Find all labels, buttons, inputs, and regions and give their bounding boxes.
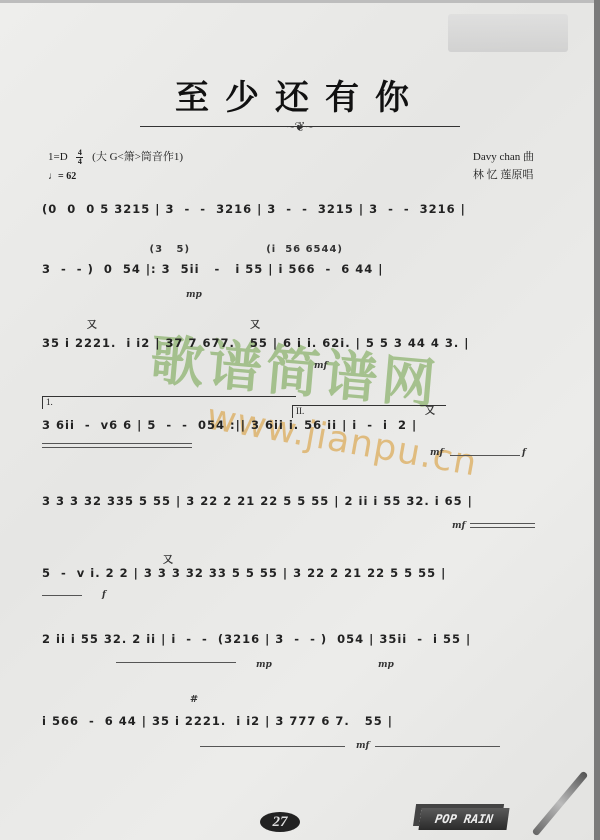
dynamic-mark: mf bbox=[430, 448, 443, 458]
title-ornament-icon: ~❦~ bbox=[270, 119, 330, 135]
score-row-1: (0 0 0 5 3215 | 3 - - 3216 | 3 - - 3215 … bbox=[42, 202, 534, 216]
hairpin bbox=[42, 443, 192, 444]
crescendo-hairpin bbox=[470, 523, 535, 524]
score-row-2-upper: (3 5) (i 56 6544) bbox=[42, 244, 343, 255]
dynamic-mark: f bbox=[102, 590, 106, 600]
score-row-3: 35 i 2221. i i2 | 37 7 677. 55 | 6 i i. … bbox=[42, 336, 534, 350]
score-row-7: 2 ii i 55 32. 2 ii | i - - (3216 | 3 - -… bbox=[42, 632, 534, 646]
scan-edge-right bbox=[594, 0, 600, 840]
score-row-3-upper: 又 又 bbox=[42, 316, 261, 331]
score-row-4: 3 6ii - v6 6 | 5 - - 054 :|| 3 6ii i. 56… bbox=[42, 418, 534, 432]
instrument-note: (大 G<箫>筒音作1) bbox=[92, 151, 183, 163]
tempo-marking: ♩= 62 bbox=[48, 171, 76, 182]
sheet-music-page: 至少还有你 ~❦~ 1=D 4 4 (大 G<箫>筒音作1) ♩= 62 Dav… bbox=[0, 0, 600, 840]
corner-logo bbox=[448, 14, 568, 52]
decrescendo-hairpin bbox=[42, 595, 82, 596]
hairpin bbox=[42, 447, 192, 448]
score-row-5: 3 3 3 32 335 5 55 | 3 22 2 21 22 5 5 55 … bbox=[42, 494, 534, 508]
score-row-8: i 566 - 6 44 | 35 i 2221. i i2 | 3 777 6… bbox=[42, 714, 534, 728]
dynamic-mark: mf bbox=[452, 521, 465, 531]
page-number: 27 bbox=[260, 812, 300, 832]
crescendo-hairpin bbox=[200, 746, 345, 747]
dynamic-mark: mp bbox=[256, 660, 272, 670]
decrescendo-hairpin bbox=[116, 662, 236, 663]
dynamic-mark: mp bbox=[186, 290, 202, 300]
volta-1: 1. bbox=[42, 396, 296, 409]
song-title: 至少还有你 bbox=[0, 70, 600, 119]
crescendo-hairpin bbox=[470, 527, 535, 528]
dynamic-mark: mf bbox=[356, 741, 369, 751]
composer: Davy chan 曲 bbox=[473, 148, 534, 166]
brand-badge: POP RAIN bbox=[418, 808, 509, 830]
original-singer: 林 忆 莲原唱 bbox=[473, 166, 534, 184]
flute-icon bbox=[532, 771, 589, 837]
fingering-mark: 又 bbox=[425, 402, 436, 417]
score-row-6: 5 - v i. 2 2 | 3 3 3 32 33 5 5 55 | 3 22… bbox=[42, 566, 534, 580]
dynamic-mark: f bbox=[522, 448, 526, 458]
dynamic-mark: mp bbox=[378, 660, 394, 670]
key: 1=D bbox=[48, 151, 68, 163]
scan-edge-top bbox=[0, 0, 600, 3]
dynamic-mark: mf bbox=[314, 361, 327, 371]
score-row-2: 3 - - ) 0 54 |: 3 5ii - i 55 | i 566 - 6… bbox=[42, 262, 534, 276]
score-row-8-upper: # bbox=[42, 694, 199, 705]
time-signature: 4 4 bbox=[76, 149, 83, 166]
crescendo-hairpin bbox=[450, 455, 520, 456]
credits: Davy chan 曲 林 忆 莲原唱 bbox=[473, 148, 534, 184]
score-row-6-upper: 又 bbox=[42, 551, 174, 566]
key-signature-line: 1=D 4 4 (大 G<箫>筒音作1) bbox=[48, 148, 183, 166]
decrescendo-hairpin bbox=[375, 746, 500, 747]
volta-2: II. bbox=[292, 405, 446, 418]
